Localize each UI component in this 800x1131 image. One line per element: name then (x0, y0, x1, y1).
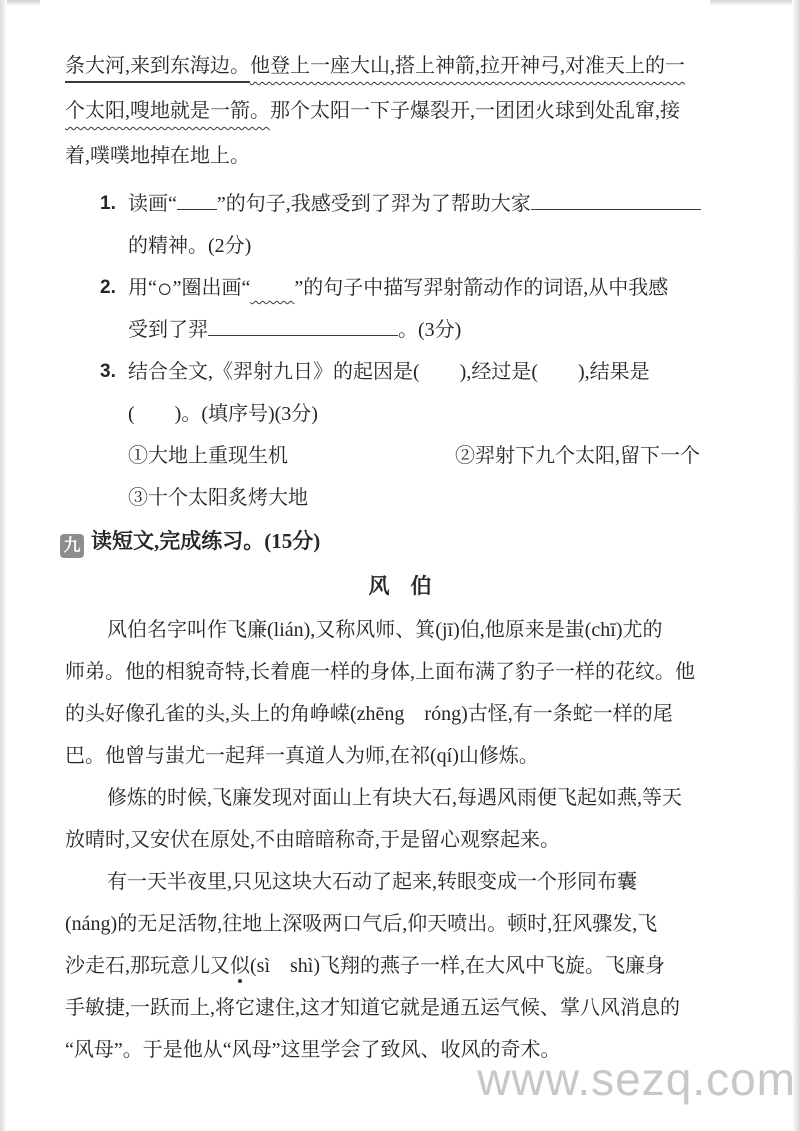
question-1-line-1: 读画“”的句子,我感受到了羿为了帮助大家 (128, 183, 750, 225)
passage-text-wavy-underline: 个太阳,嗖地就是一箭。 (65, 100, 270, 122)
question-list: 1. 读画“”的句子,我感受到了羿为了帮助大家 的精神。(2分) 2. 用“○”… (100, 183, 750, 519)
passage-text: 那个太阳一下子爆裂开,一团团火球到处乱窜,接 (270, 100, 680, 122)
question-text: 的精神。(2分) (128, 235, 251, 257)
story-line: 有一天半夜里,只见这块大石动了起来,转眼变成一个形同布囊 (65, 861, 750, 903)
option-3: ③十个太阳炙烤大地 (128, 487, 308, 509)
story-text: 沙走石,那玩意儿又 (65, 955, 230, 977)
story-line: (náng)的无足活物,往地上深吸两口气后,仰天喷出。顿时,狂风骤发,飞 (65, 903, 750, 945)
question-text: ”圈出画“ (173, 277, 251, 299)
question-3-number: 3. (100, 351, 128, 519)
question-text: 。(3分) (398, 319, 461, 341)
question-3-line-1: 结合全文,《羿射九日》的起因是( ),经过是( ),结果是 (128, 351, 750, 393)
question-2-line-2: 受到了羿。(3分) (128, 309, 750, 351)
site-watermark: www.sezq.com (477, 1052, 796, 1106)
question-1-number: 1. (100, 183, 128, 267)
question-text: 读画“ (128, 193, 177, 215)
question-3: 3. 结合全文,《羿射九日》的起因是( ),经过是( ),结果是 ( )。(填序… (100, 351, 750, 519)
circle-mark-icon: ○ (157, 274, 173, 303)
section-number-badge: 九 (60, 534, 84, 558)
page-edge-shadow-left (0, 0, 7, 1131)
question-2-number: 2. (100, 267, 128, 351)
story-line: 放晴时,又安伏在原处,不由暗暗称奇,于是留心观察起来。 (65, 819, 750, 861)
story-line: 风伯名字叫作飞廉(lián),又称风师、箕(jī)伯,他原来是蚩(chī)尤的 (65, 609, 750, 651)
story-title: 风 伯 (0, 563, 800, 609)
story-line: 手敏捷,一跃而上,将它逮住,这才知道它就是通五运气候、掌八风消息的 (65, 987, 750, 1029)
option-2: ②羿射下九个太阳,留下一个 (455, 435, 700, 477)
story-body: 风伯名字叫作飞廉(lián),又称风师、箕(jī)伯,他原来是蚩(chī)尤的 … (0, 609, 800, 1071)
story-text: (sì shì)飞翔的燕子一样,在大风中飞旋。飞廉身 (250, 955, 665, 977)
story-line: 沙走石,那玩意儿又似(sì shì)飞翔的燕子一样,在大风中飞旋。飞廉身 (65, 945, 750, 987)
question-text: ”的句子中描写羿射箭动作的词语,从中我感 (294, 277, 668, 299)
question-text: ”的句子,我感受到了羿为了帮助大家 (217, 193, 531, 215)
reading-passage-excerpt: 条大河,来到东海边。他登上一座大山,搭上神箭,拉开神弓,对准天上的一 个太阳,嗖… (0, 0, 800, 179)
section-9-header: 九读短文,完成练习。(15分) (60, 519, 750, 563)
passage-line: 个太阳,嗖地就是一箭。那个太阳一下子爆裂开,一团团火球到处乱窜,接 (65, 89, 750, 134)
emphasis-dot-character: 似 (230, 955, 250, 977)
page-edge-shadow-right (792, 0, 800, 1131)
option-1: ①大地上重现生机 (128, 435, 455, 477)
worksheet-page: 条大河,来到东海边。他登上一座大山,搭上神箭,拉开神弓,对准天上的一 个太阳,嗖… (0, 0, 800, 1071)
story-line: 修炼的时候,飞廉发现对面山上有块大石,每遇风雨便飞起如燕,等天 (65, 777, 750, 819)
answer-blank-long (531, 190, 701, 210)
passage-text-straight-underline: 条大河,来到东海边。 (65, 55, 250, 77)
passage-line: 着,噗噗地掉在地上。 (65, 134, 750, 179)
question-3-line-2: ( )。(填序号)(3分) (128, 393, 750, 435)
scan-artifact-top-right (710, 0, 800, 6)
question-3-options-row-1: ①大地上重现生机 ②羿射下九个太阳,留下一个 (128, 435, 750, 477)
story-line: 巴。他曾与蚩尤一起拜一真道人为师,在祁(qí)山修炼。 (65, 735, 750, 777)
question-1-line-2: 的精神。(2分) (128, 225, 750, 267)
question-2-line-1: 用“○”圈出画“ ”的句子中描写羿射箭动作的词语,从中我感 (128, 267, 750, 309)
question-text: 用“ (128, 277, 157, 299)
wavy-blank (250, 277, 294, 299)
passage-text-wavy-underline: 他登上一座大山,搭上神箭,拉开神弓,对准天上的一 (250, 55, 685, 77)
question-3-options-row-2: ③十个太阳炙烤大地 (128, 477, 750, 519)
passage-line: 条大河,来到东海边。他登上一座大山,搭上神箭,拉开神弓,对准天上的一 (65, 44, 750, 89)
question-1: 1. 读画“”的句子,我感受到了羿为了帮助大家 的精神。(2分) (100, 183, 750, 267)
story-line: 的头好像孔雀的头,头上的角峥嵘(zhēng róng)古怪,有一条蛇一样的尾 (65, 693, 750, 735)
story-line: 师弟。他的相貌奇特,长着鹿一样的身体,上面布满了豹子一样的花纹。他 (65, 651, 750, 693)
question-2: 2. 用“○”圈出画“ ”的句子中描写羿射箭动作的词语,从中我感 受到了羿。(3… (100, 267, 750, 351)
passage-text: 着,噗噗地掉在地上。 (65, 145, 250, 167)
question-text: 受到了羿 (128, 319, 208, 341)
section-heading: 读短文,完成练习。(15分) (91, 529, 320, 553)
answer-blank-short (177, 190, 217, 210)
answer-blank-long (208, 316, 398, 336)
